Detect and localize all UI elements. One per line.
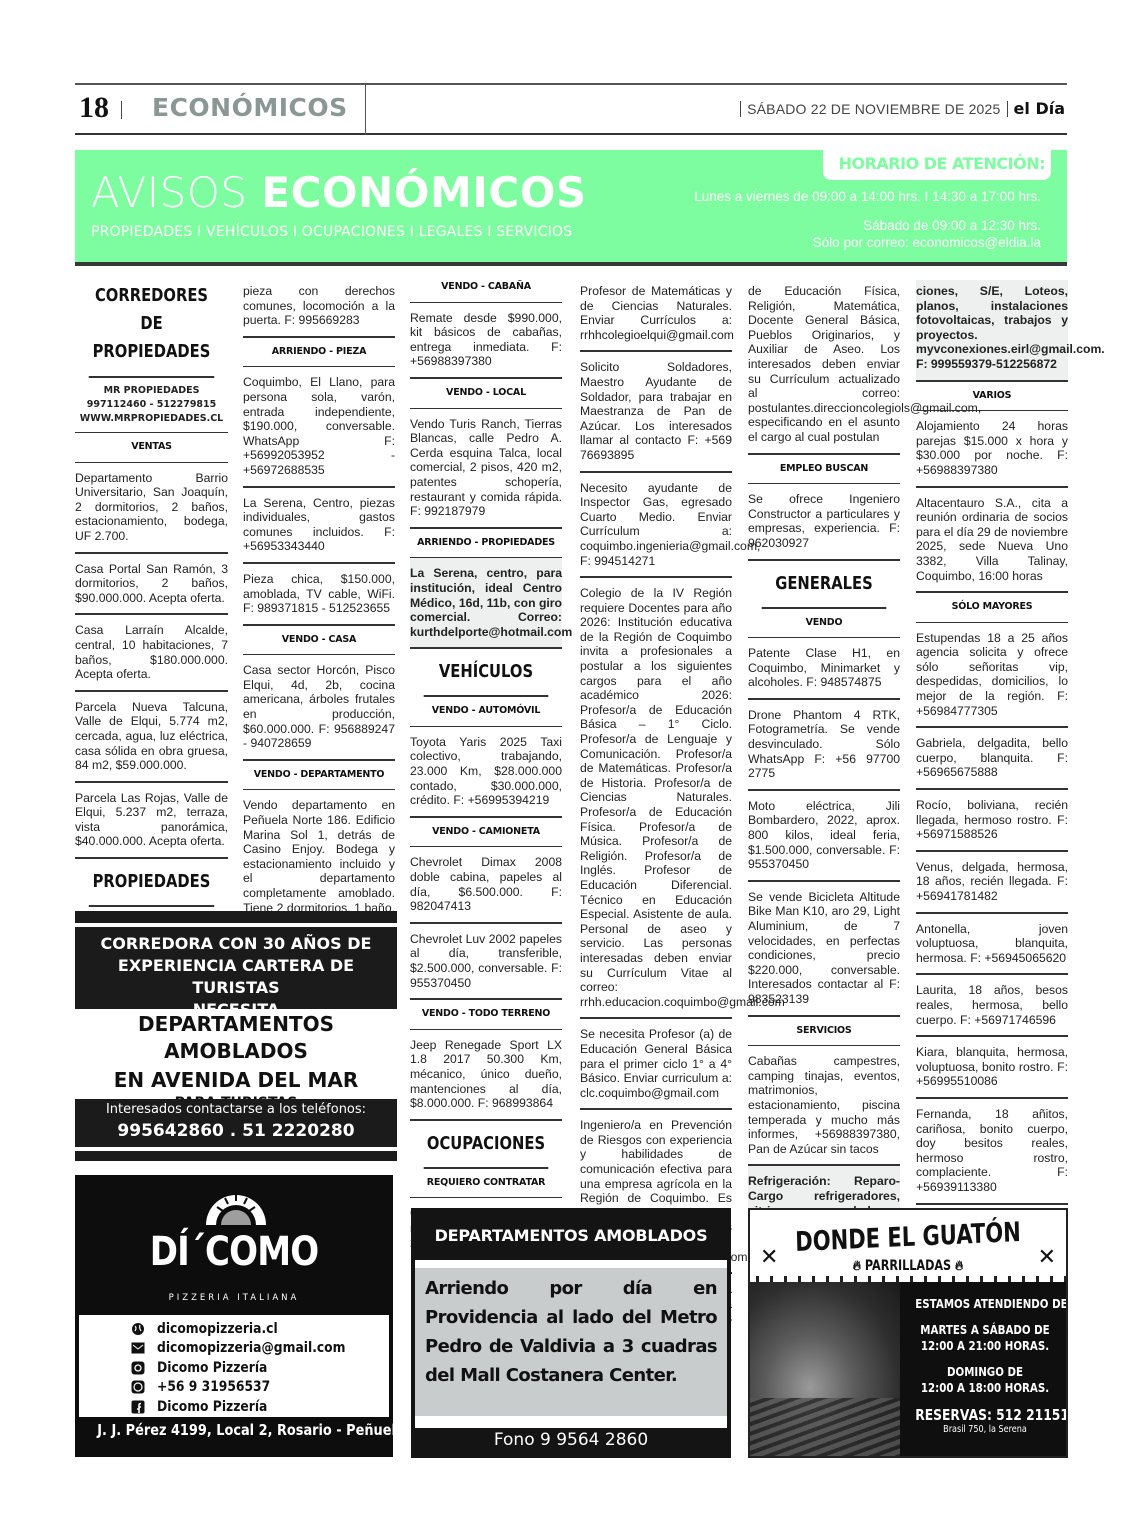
ad-corredora-contact: Interesados contactarse a los teléfonos:…	[75, 1099, 397, 1147]
section-heading: GENERALES	[762, 561, 887, 609]
subsection-heading: SERVICIOS	[748, 1017, 900, 1047]
broker-website[interactable]: WWW.MRPROPIEDADES.CL	[75, 412, 228, 426]
column-2: pieza con derechos comunes, locomoción a…	[243, 280, 395, 998]
hours-text: DOMINGO DE	[915, 1364, 1054, 1380]
subsection-heading: VENDO - CASA	[243, 626, 395, 656]
classified-ad: Se vende Bicicleta Altitude Bike Man K10…	[748, 882, 900, 1017]
ad-corredora-body: DEPARTAMENTOS AMOBLADOS EN AVENIDA DEL M…	[79, 1009, 393, 1099]
classified-ad: Cabañas campestres, camping tinajas, eve…	[748, 1046, 900, 1166]
dicomo-contacts: dicomopizzeria.cl dicomopizzeria@gmail.c…	[79, 1315, 389, 1417]
broker-phones: 997112460 - 512279815	[75, 398, 228, 412]
classified-ad: Se ofrece Ingeniero Constructor a partic…	[748, 484, 900, 560]
classified-ad: Moto eléctrica, Jili Bombardero, 2022, a…	[748, 791, 900, 882]
subsection-heading: VENDO - DEPARTAMENTO	[243, 761, 395, 791]
section-heading: PROPIEDADES	[89, 859, 214, 907]
broker-card: MR PROPIEDADES 997112460 - 512279815 WWW…	[75, 378, 228, 433]
contact-row: dicomopizzeria.cl	[131, 1319, 389, 1339]
classified-ad: Remate desde $990.000, kit básicos de ca…	[410, 303, 562, 379]
classified-ad: pieza con derechos comunes, locomoción a…	[243, 280, 395, 338]
classified-ad: Jeep Renegade Sport LX 1.8 2017 50.300 K…	[410, 1030, 562, 1121]
ad-amoblados-text: Arriendo por día en Providencia al lado …	[415, 1268, 727, 1416]
banner-title-bold: ECONÓMICOS	[261, 168, 586, 217]
subsection-heading: VENDO - CAMIONETA	[410, 818, 562, 848]
classified-ad: Patente Clase H1, en Coquimbo, Minimarke…	[748, 638, 900, 700]
subsection-heading: VENDO	[748, 609, 900, 639]
classified-ad: Alojamiento 24 horas parejas $15.000 x h…	[916, 411, 1068, 487]
contact-text[interactable]: dicomopizzeria.cl	[157, 1321, 278, 1337]
ad-amoblados-heading: DEPARTAMENTOS AMOBLADOS	[411, 1226, 731, 1245]
classified-ad: Antonella, joven voluptuosa, blanquita, …	[916, 914, 1068, 976]
classified-ad: Coquimbo, El Llano, para persona sola, v…	[243, 367, 395, 487]
globe-icon	[131, 1322, 145, 1336]
grilled-meat-image	[750, 1282, 900, 1458]
banner-title: AVISOS ECONÓMICOS	[91, 168, 587, 217]
mail-icon	[131, 1341, 145, 1355]
contact-row: Dicomo Pizzería	[131, 1358, 389, 1378]
classified-ad: de Educación Física, Religión, Matemátic…	[748, 280, 900, 455]
ad-amoblados-body: Arriendo por día en Providencia al lado …	[415, 1260, 727, 1428]
section-heading: VEHÍCULOS	[424, 649, 549, 697]
dicomo-tagline: PIZZERIA ITALIANA	[75, 1293, 393, 1303]
classified-ad: Se necesita Profesor (a) de Educación Ge…	[580, 1019, 732, 1110]
hours-text: ESTAMOS ATENDIENDO DE	[915, 1296, 1054, 1312]
facebook-icon	[131, 1400, 145, 1414]
banner-title-light: AVISOS	[91, 168, 261, 217]
contact-text[interactable]: dicomopizzeria@gmail.com	[157, 1340, 345, 1356]
classified-ad: Casa Portal San Ramón, 3 dormitorios, 2 …	[75, 554, 228, 616]
ad-bar	[75, 1151, 397, 1161]
guaton-hours: ESTAMOS ATENDIENDO DE MARTES A SÁBADO DE…	[900, 1282, 1068, 1458]
divider	[1007, 101, 1008, 117]
horario-email: Sólo por correo: economicos@eldia.la	[694, 234, 1041, 251]
grill-pattern	[750, 1398, 900, 1458]
classified-ad: Toyota Yaris 2025 Taxi colectivo, trabaj…	[410, 727, 562, 818]
banner-categories: PROPIEDADES I VEHÍCULOS I OCUPACIONES I …	[91, 224, 572, 240]
classified-ad: Parcela Las Rojas, Valle de Elqui, 5.237…	[75, 783, 228, 859]
ad-bar	[75, 911, 397, 923]
guaton-address: Brasil 750, la Serena	[913, 1424, 1058, 1435]
horario-info: Lunes a viernes de 09:00 a 14:00 hrs. I …	[694, 188, 1041, 251]
contact-text[interactable]: Dicomo Pizzería	[157, 1399, 267, 1415]
ad-headline: EN AVENIDA DEL MAR	[79, 1065, 393, 1094]
subsection-heading: ARRIENDO - PROPIEDADES	[410, 529, 562, 559]
ad-headline: DEPARTAMENTOS AMOBLADOS	[79, 1009, 393, 1065]
classified-ad: Venus, delgada, hermosa, 18 años, recién…	[916, 852, 1068, 914]
ad-phones: 995642860 . 51 2220280	[75, 1119, 397, 1143]
ad-amoblados-phone: Fono 9 9564 2860	[411, 1430, 731, 1450]
contact-row: Dicomo Pizzería	[131, 1397, 389, 1417]
ad-corredora-header: CORREDORA CON 30 AÑOS DE EXPERIENCIA CAR…	[75, 927, 397, 1009]
hours-text: 12:00 A 21:00 HORAS.	[915, 1338, 1054, 1354]
whatsapp-icon	[131, 1380, 145, 1394]
classified-ad: Casa Larraín Alcalde, central, 10 habita…	[75, 615, 228, 691]
classified-ad: La Serena, Centro, piezas individuales, …	[243, 488, 395, 564]
contact-text[interactable]: +56 9 31956537	[157, 1379, 270, 1395]
horario-saturday: Sábado de 09:00 a 12:30 hrs.	[694, 217, 1041, 234]
subsection-heading: VENDO - LOCAL	[410, 379, 562, 409]
page-number: 18	[79, 91, 109, 125]
classified-ad: Departamento Barrio Universitario, San J…	[75, 463, 228, 554]
ad-text: EXPERIENCIA CARTERA DE TURISTAS	[75, 955, 397, 999]
pizza-oven-icon	[201, 1189, 271, 1225]
contact-row: +56 9 31956537	[131, 1378, 389, 1398]
subsection-heading: VENDO - CABAÑA	[410, 280, 562, 303]
hours-text: MARTES A SÁBADO DE	[915, 1322, 1054, 1338]
classified-ad: Altacentauro S.A., cita a reunión ordina…	[916, 488, 1068, 594]
flame-icon: 🔥︎	[853, 1258, 865, 1274]
classified-ad: Rocío, boliviana, recién llegada, hermos…	[916, 790, 1068, 852]
ad-contact-label: Interesados contactarse a los teléfonos:	[75, 1099, 397, 1119]
crossed-utensils-icon: ✕	[1038, 1244, 1056, 1270]
flame-icon: 🔥︎	[951, 1258, 963, 1274]
classified-ad: Necesito ayudante de Inspector Gas, egre…	[580, 473, 732, 579]
broker-name: MR PROPIEDADES	[75, 384, 228, 398]
guaton-subtitle-text: PARRILLADAS	[865, 1258, 951, 1274]
ad-donde-el-guaton: ✕ ✕ DONDE EL GUATÓN 🔥︎ PARRILLADAS 🔥︎ ES…	[748, 1208, 1068, 1458]
masthead-right: SÁBADO 22 DE NOVIEMBRE DE 2025 el Día	[740, 99, 1065, 118]
classified-ad: Casa sector Horcón, Pisco Elqui, 4d, 2b,…	[243, 655, 395, 761]
subsection-heading: VENDO - AUTOMÓVIL	[410, 697, 562, 727]
ad-corredora: CORREDORA CON 30 AÑOS DE EXPERIENCIA CAR…	[75, 911, 397, 1159]
avisos-banner: AVISOS ECONÓMICOS PROPIEDADES I VEHÍCULO…	[75, 150, 1067, 262]
ad-text: CORREDORA CON 30 AÑOS DE	[75, 933, 397, 955]
classified-ad: Drone Phantom 4 RTK, Fotogrametría. Se v…	[748, 700, 900, 791]
column-1: CORREDORES DE PROPIEDADES MR PROPIEDADES…	[75, 280, 228, 982]
divider	[75, 262, 1067, 266]
horario-tab: HORARIO DE ATENCIÓN:	[823, 150, 1051, 180]
brand-logo: el Día	[1014, 99, 1065, 118]
subsection-heading: EMPLEO BUSCAN	[748, 455, 900, 485]
ad-dicomo: DÍ´COMO PIZZERIA ITALIANA dicomopizzeria…	[75, 1175, 393, 1457]
ad-amoblados: DEPARTAMENTOS AMOBLADOS Arriendo por día…	[411, 1208, 731, 1458]
contact-text[interactable]: Dicomo Pizzería	[157, 1360, 267, 1376]
classified-ad: Estupendas 18 a 25 años agencia solicita…	[916, 623, 1068, 729]
classified-ad: Solicito Soldadores, Maestro Ayudante de…	[580, 352, 732, 472]
column-3: VENDO - CABAÑA Remate desde $990.000, ki…	[410, 280, 562, 1287]
guaton-title: DONDE EL GUATÓN	[784, 1216, 1031, 1258]
instagram-icon	[131, 1361, 145, 1375]
classified-ad: Chevrolet Dimax 2008 doble cabina, papel…	[410, 847, 562, 923]
contact-row: dicomopizzeria@gmail.com	[131, 1339, 389, 1359]
horario-weekdays: Lunes a viernes de 09:00 a 14:00 hrs. I …	[694, 188, 1041, 205]
horario-label: HORARIO DE ATENCIÓN:	[839, 154, 1045, 173]
divider	[121, 101, 122, 119]
issue-date: SÁBADO 22 DE NOVIEMBRE DE 2025	[747, 101, 1000, 117]
classified-ad: Profesor de Matemáticas y de Ciencias Na…	[580, 280, 732, 352]
classified-ad-featured: ciones, S/E, Loteos, planos, instalacion…	[916, 280, 1068, 382]
guaton-subtitle: 🔥︎ PARRILLADAS 🔥︎	[782, 1258, 1035, 1274]
classified-ad: Parcela Nueva Talcuna, Valle de Elqui, 5…	[75, 692, 228, 783]
section-title: ECONÓMICOS	[152, 93, 348, 122]
dicomo-address: J. J. Pérez 4199, Local 2, Rosario - Peñ…	[97, 1421, 370, 1439]
classified-ad: Fernanda, 18 añitos, cariñosa, bonito cu…	[916, 1099, 1068, 1205]
subsection-heading: VARIOS	[916, 382, 1068, 412]
divider	[740, 101, 741, 117]
classified-ad: Vendo Turis Ranch, Tierras Blancas, call…	[410, 409, 562, 529]
subsection-heading: SÓLO MAYORES	[916, 593, 1068, 623]
subsection-heading: VENTAS	[75, 433, 228, 463]
column-4: Profesor de Matemáticas y de Ciencias Na…	[580, 280, 732, 1349]
guaton-reservas: RESERVAS: 512 211519	[915, 1406, 1054, 1424]
classified-ad: Chevrolet Luv 2002 papeles al día, trans…	[410, 924, 562, 1000]
classified-ad: Kiara, blanquita, hermosa, voluptuosa, b…	[916, 1037, 1068, 1099]
classified-ad: Colegio de la IV Región requiere Docente…	[580, 578, 732, 1019]
dicomo-logo: DÍ´COMO	[99, 1229, 369, 1275]
classified-ad: Pieza chica, $150.000, amoblada, TV cabl…	[243, 564, 395, 626]
hours-text: 12:00 A 18:00 HORAS.	[915, 1380, 1054, 1396]
classified-ad-featured: La Serena, centro, para institución, ide…	[410, 558, 562, 649]
divider	[365, 85, 366, 135]
classified-ad: Laurita, 18 años, besos reales, hermosa,…	[916, 975, 1068, 1037]
page-header: 18 ECONÓMICOS SÁBADO 22 DE NOVIEMBRE DE …	[75, 83, 1067, 135]
section-heading: OCUPACIONES	[424, 1121, 549, 1169]
crossed-utensils-icon: ✕	[760, 1244, 778, 1270]
classified-ad: Gabriela, delgadita, bello cuerpo, blanq…	[916, 728, 1068, 790]
subsection-heading: REQUIERO CONTRATAR	[410, 1169, 562, 1199]
subsection-heading: VENDO - TODO TERRENO	[410, 1000, 562, 1030]
column-5: de Educación Física, Religión, Matemátic…	[748, 280, 900, 1361]
subsection-heading: ARRIENDO - PIEZA	[243, 338, 395, 368]
section-heading: CORREDORES DE PROPIEDADES	[89, 280, 214, 378]
